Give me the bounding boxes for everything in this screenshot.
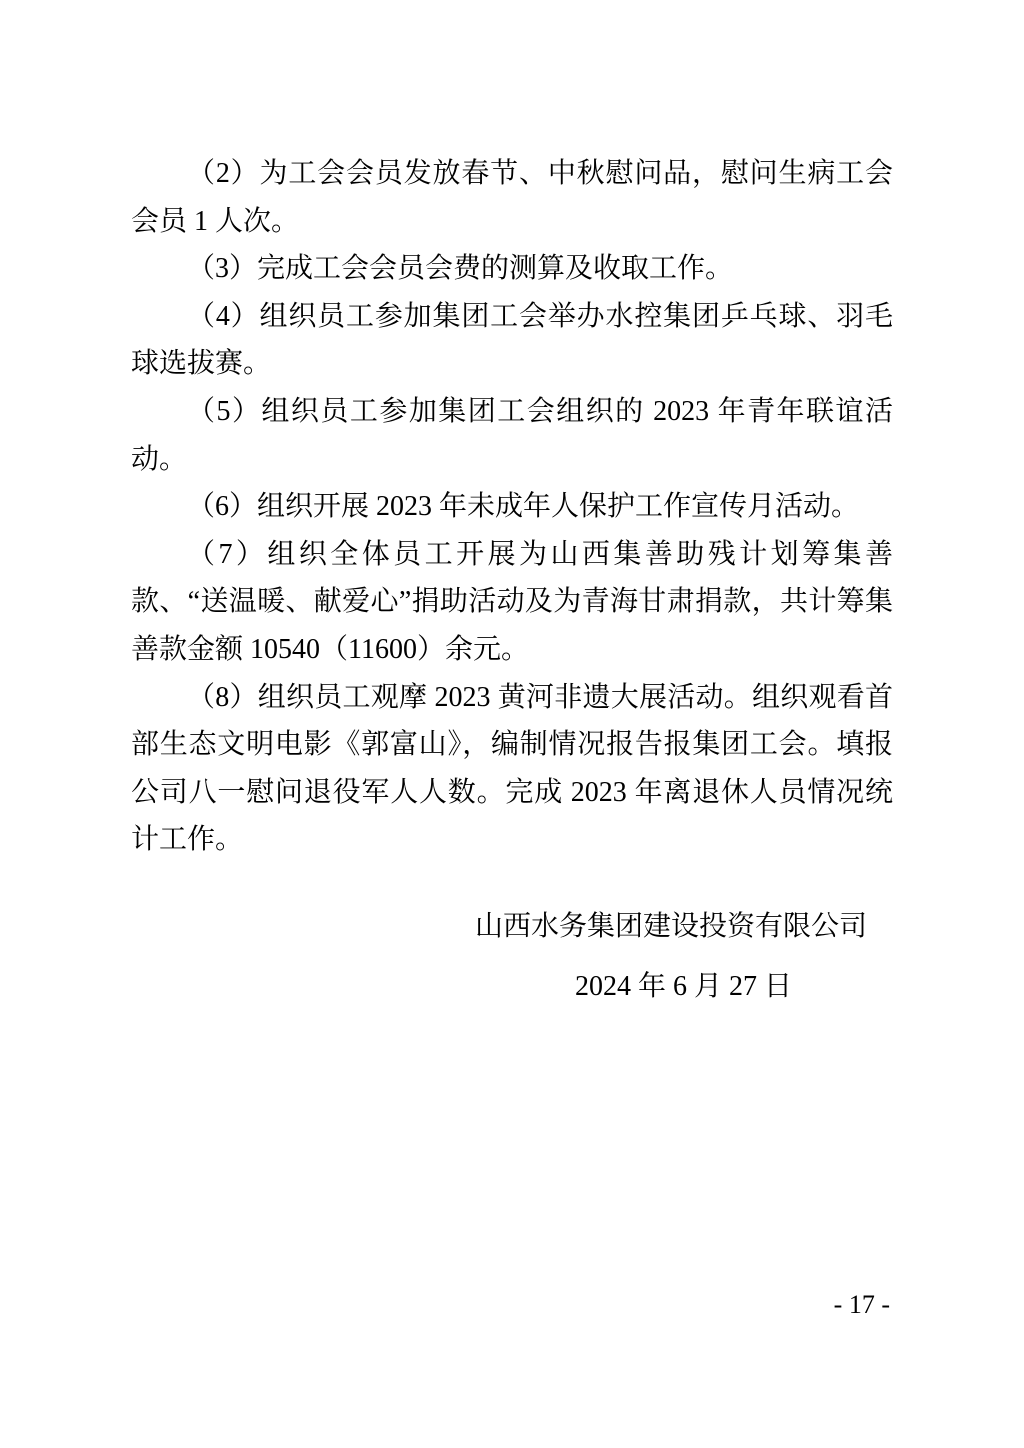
signature-company-name: 山西水务集团建设投资有限公司 (0, 903, 867, 951)
document-body: （2）为工会会员发放春节、中秋慰问品，慰问生病工会会员 1 人次。 （3）完成工… (131, 150, 893, 864)
paragraph-item-8: （8）组织员工观摩 2023 黄河非遗大展活动。组织观看首部生态文明电影《郭富山… (131, 674, 893, 864)
paragraph-item-3: （3）完成工会会员会费的测算及收取工作。 (131, 245, 893, 293)
page-number: - 17 - (834, 1290, 890, 1320)
paragraph-item-6: （6）组织开展 2023 年未成年人保护工作宣传月活动。 (131, 483, 893, 531)
paragraph-item-4: （4）组织员工参加集团工会举办水控集团乒乓球、羽毛球选拔赛。 (131, 293, 893, 388)
signature-date: 2024 年 6 月 27 日 (0, 963, 792, 1011)
paragraph-item-5: （5）组织员工参加集团工会组织的 2023 年青年联谊活动。 (131, 388, 893, 483)
document-page: （2）为工会会员发放春节、中秋慰问品，慰问生病工会会员 1 人次。 （3）完成工… (0, 0, 1024, 1448)
paragraph-item-7: （7）组织全体员工开展为山西集善助残计划筹集善款、“送温暖、献爱心”捐助活动及为… (131, 531, 893, 674)
paragraph-item-2: （2）为工会会员发放春节、中秋慰问品，慰问生病工会会员 1 人次。 (131, 150, 893, 245)
